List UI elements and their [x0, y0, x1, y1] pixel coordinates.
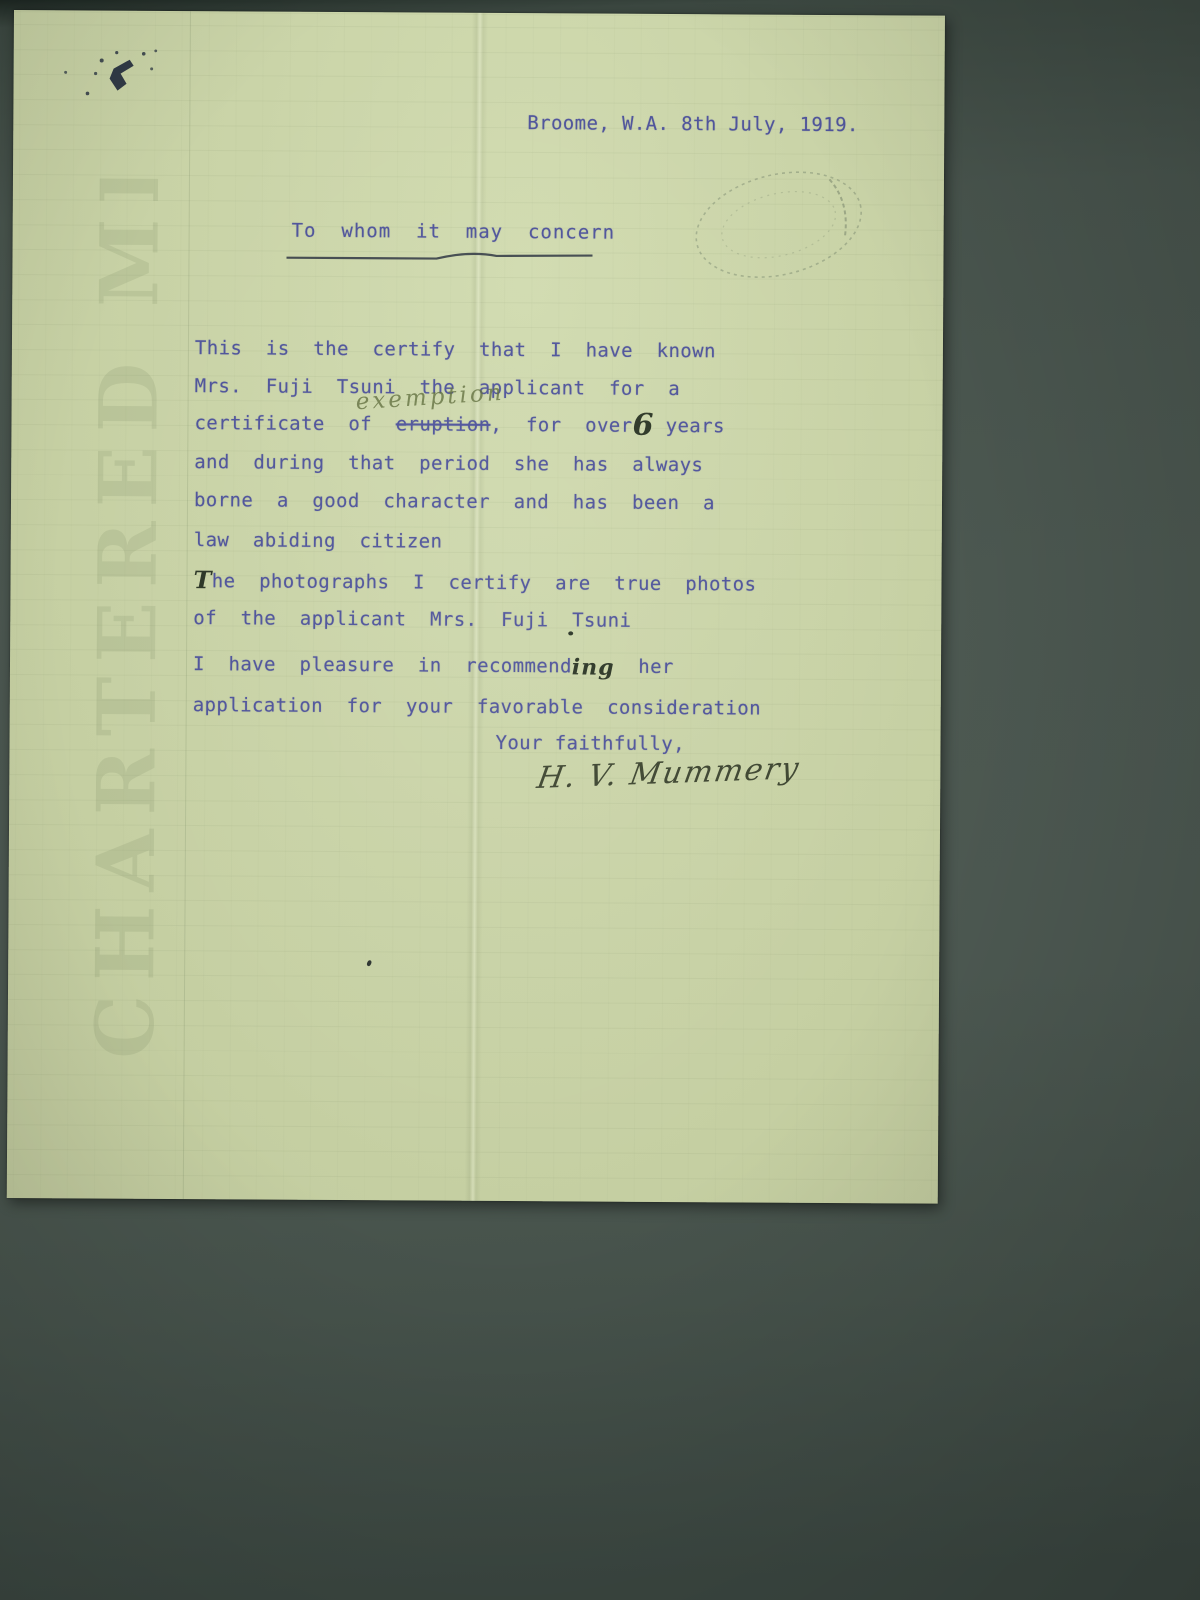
body-line: law abiding citizen [194, 528, 443, 554]
body-line: I have pleasure in recommending her [193, 651, 674, 679]
body-line: application for your favorable considera… [193, 693, 761, 720]
struck-word: eruption [396, 413, 491, 436]
line9-tail: her [615, 656, 674, 678]
dateline: Broome, W.A. 8th July, 1919. [527, 111, 859, 137]
closing-valediction: Your faithfully, [495, 731, 685, 756]
stray-ink-dot [568, 631, 573, 635]
inked-over-initial: T [193, 565, 211, 594]
paper-watermark: CHARTERED MILLS [78, 178, 203, 1059]
line9-prefix: I have pleasure in recommend [193, 653, 572, 677]
salutation-underline [284, 248, 596, 264]
body-line: and during that period she has always [194, 450, 703, 477]
inked-over-suffix: ing [572, 654, 615, 680]
body-line: borne a good character and has been a [194, 488, 715, 515]
scanned-letter-photo: CHARTERED MILLS Broome, W.A. 8th July, 1… [0, 0, 1200, 1600]
oval-stamp-icon [688, 162, 869, 288]
body-line: This is the certify that I have known [195, 336, 716, 363]
body-line: certificate of eruption, for over6 years [194, 411, 725, 438]
salutation: To whom it may concern [292, 219, 616, 245]
line3-mid: , for over [490, 414, 632, 437]
line3-prefix: certificate of [194, 412, 395, 435]
line3-suffix: years [654, 415, 725, 437]
body-line: of the applicant Mrs. Fuji Tsuni [193, 606, 631, 633]
line7-rest: he photographs I certify are true photos [212, 570, 757, 595]
ink-blot [43, 26, 173, 107]
letter-paper: CHARTERED MILLS Broome, W.A. 8th July, 1… [7, 10, 945, 1204]
body-line: The photographs I certify are true photo… [193, 567, 756, 596]
handwritten-digit: 6 [632, 408, 653, 443]
